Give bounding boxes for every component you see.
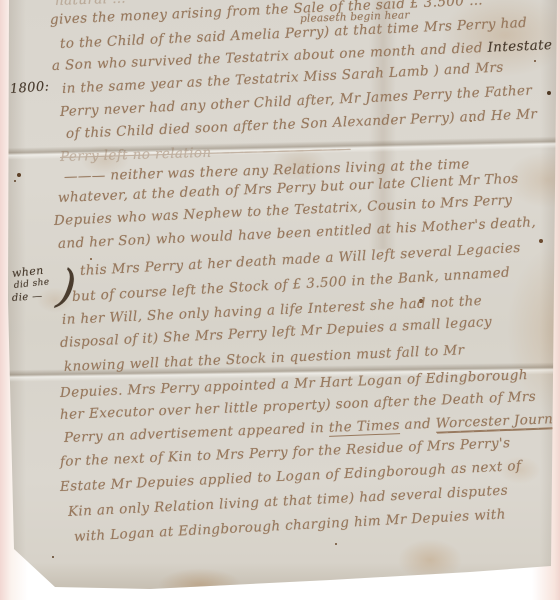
overwritten-word: Intestate	[487, 37, 552, 56]
scanned-manuscript-photo: { "colors": { "paper": "#dad6ce", "ink":…	[0, 0, 560, 600]
manuscript-line: natural …	[55, 0, 127, 9]
margin-bracket: )	[54, 258, 80, 314]
margin-note-query: when	[11, 265, 44, 279]
underlined-text: the Times	[328, 417, 400, 437]
margin-note-query: die —	[12, 291, 43, 304]
margin-note-query: did she	[13, 277, 50, 292]
underlined-text: Worcester Journal	[435, 411, 560, 433]
manuscript-paper-sheet: natural … gives the money arising from t…	[0, 0, 560, 600]
margin-note-year: 1800:	[10, 81, 50, 95]
foxing-specks	[0, 0, 2, 2]
line-text: Perry an advertisement appeared in	[64, 420, 329, 446]
line-text: and	[399, 416, 436, 433]
